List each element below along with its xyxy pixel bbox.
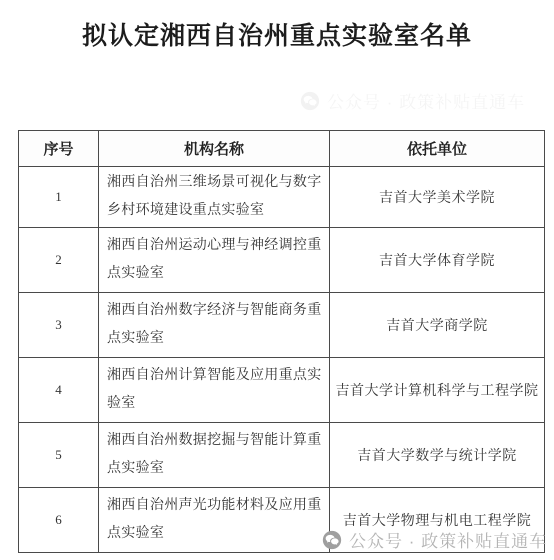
wechat-icon xyxy=(300,91,320,111)
key-lab-table: 序号 机构名称 依托单位 1 湘西自治州三维场景可视化与数字 乡村环境建设重点实… xyxy=(18,130,545,553)
host-unit: 吉首大学美术学院 xyxy=(330,167,545,228)
row-number: 3 xyxy=(19,293,99,358)
page-title: 拟认定湘西自治州重点实验室名单 xyxy=(0,16,554,52)
row-number: 4 xyxy=(19,358,99,423)
table-row: 4 湘西自治州计算智能及应用重点实 验室 吉首大学计算机科学与工程学院 xyxy=(19,358,545,423)
lab-name: 湘西自治州数据挖掘与智能计算重 点实验室 xyxy=(99,423,330,488)
lab-name: 湘西自治州计算智能及应用重点实 验室 xyxy=(99,358,330,423)
host-unit: 吉首大学物理与机电工程学院 xyxy=(330,488,545,553)
table-row: 2 湘西自治州运动心理与神经调控重 点实验室 吉首大学体育学院 xyxy=(19,228,545,293)
header-name: 机构名称 xyxy=(99,131,330,167)
row-number: 1 xyxy=(19,167,99,228)
host-unit: 吉首大学计算机科学与工程学院 xyxy=(330,358,545,423)
host-unit: 吉首大学体育学院 xyxy=(330,228,545,293)
row-number: 5 xyxy=(19,423,99,488)
table-row: 1 湘西自治州三维场景可视化与数字 乡村环境建设重点实验室 吉首大学美术学院 xyxy=(19,167,545,228)
lab-name: 湘西自治州声光功能材料及应用重 点实验室 xyxy=(99,488,330,553)
lab-name: 湘西自治州数字经济与智能商务重 点实验室 xyxy=(99,293,330,358)
row-number: 6 xyxy=(19,488,99,553)
header-no: 序号 xyxy=(19,131,99,167)
host-unit: 吉首大学商学院 xyxy=(330,293,545,358)
row-number: 2 xyxy=(19,228,99,293)
header-unit: 依托单位 xyxy=(330,131,545,167)
table-header-row: 序号 机构名称 依托单位 xyxy=(19,131,545,167)
table-row: 6 湘西自治州声光功能材料及应用重 点实验室 吉首大学物理与机电工程学院 xyxy=(19,488,545,553)
lab-name: 湘西自治州运动心理与神经调控重 点实验室 xyxy=(99,228,330,293)
host-unit: 吉首大学数学与统计学院 xyxy=(330,423,545,488)
watermark-top: 公众号 · 政策补贴直通车 xyxy=(300,88,525,113)
lab-name: 湘西自治州三维场景可视化与数字 乡村环境建设重点实验室 xyxy=(99,167,330,228)
watermark-text: 公众号 · 政策补贴直通车 xyxy=(327,88,525,113)
table-row: 5 湘西自治州数据挖掘与智能计算重 点实验室 吉首大学数学与统计学院 xyxy=(19,423,545,488)
table-row: 3 湘西自治州数字经济与智能商务重 点实验室 吉首大学商学院 xyxy=(19,293,545,358)
